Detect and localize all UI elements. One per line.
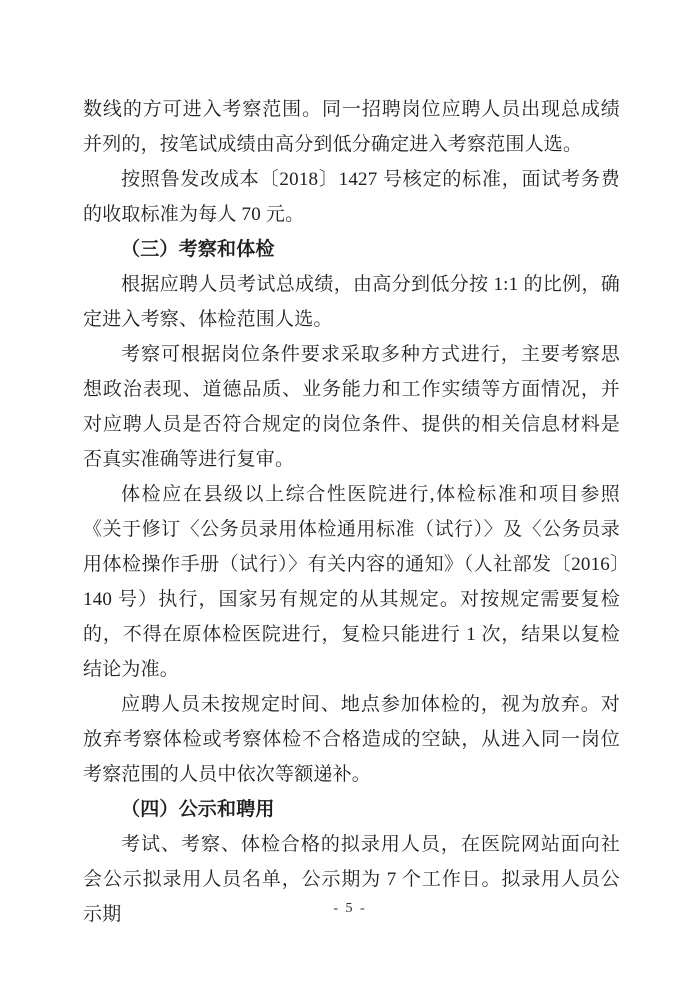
paragraph-inspection-methods: 考察可根据岗位条件要求采取多种方式进行，主要考察思想政治表现、道德品质、业务能力…: [83, 337, 620, 477]
paragraph-ratio-selection: 根据应聘人员考试总成绩，由高分到低分按 1:1 的比例，确定进入考察、体检范围人…: [83, 267, 620, 337]
page-number: - 5 -: [0, 901, 700, 917]
section-heading-inspection-physical: （三）考察和体检: [83, 232, 620, 267]
document-page: 数线的方可进入考察范围。同一招聘岗位应聘人员出现总成绩并列的，按笔试成绩由高分到…: [0, 0, 700, 989]
paragraph-absence-replacement: 应聘人员未按规定时间、地点参加体检的，视为放弃。对放弃考察体检或考察体检不合格造…: [83, 687, 620, 792]
paragraph-physical-exam-standards: 体检应在县级以上综合性医院进行,体检标准和项目参照《关于修订〈公务员录用体检通用…: [83, 477, 620, 687]
paragraph-continuation: 数线的方可进入考察范围。同一招聘岗位应聘人员出现总成绩并列的，按笔试成绩由高分到…: [83, 92, 620, 162]
section-heading-publicity-employment: （四）公示和聘用: [83, 792, 620, 827]
document-body: 数线的方可进入考察范围。同一招聘岗位应聘人员出现总成绩并列的，按笔试成绩由高分到…: [83, 92, 620, 932]
paragraph-interview-fee: 按照鲁发改成本〔2018〕1427 号核定的标准，面试考务费的收取标准为每人 7…: [83, 162, 620, 232]
